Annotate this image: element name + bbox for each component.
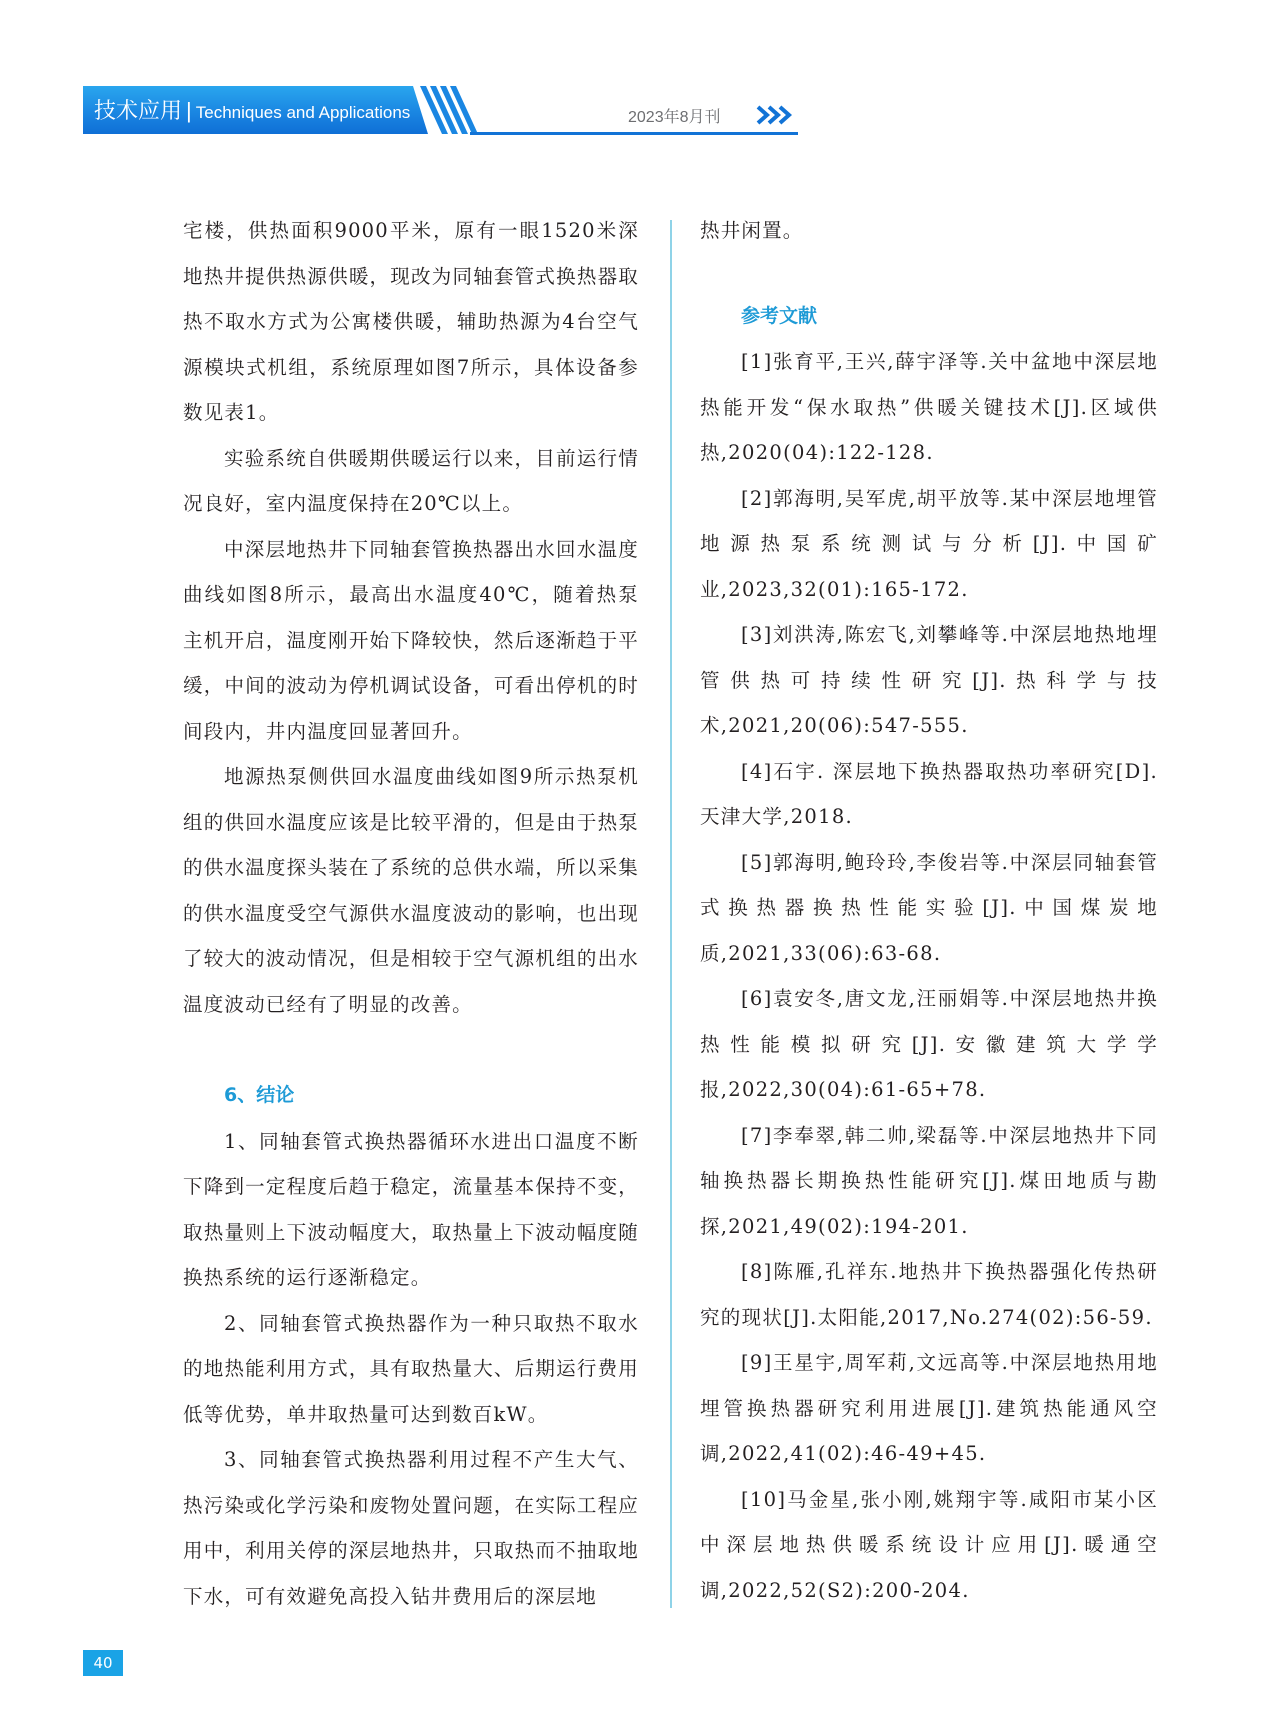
right-column: 热井闲置。 参考文献 [1]张育平,王兴,薛宇泽等.关中盆地中深层地热能开发“保…: [700, 208, 1158, 1613]
reference-item: [4]石宇. 深层地下换热器取热功率研究[D].天津大学,2018.: [700, 749, 1158, 840]
reference-item: [8]陈雁,孔祥东.地热井下换热器强化传热研究的现状[J].太阳能,2017,N…: [700, 1249, 1158, 1340]
conclusion-item: 1、同轴套管式换热器循环水进出口温度不断下降到一定程度后趋于稳定，流量基本保持不…: [183, 1119, 639, 1301]
triple-chevron-right-icon: [756, 104, 796, 126]
reference-item: [10]马金星,张小刚,姚翔宇等.咸阳市某小区中深层地热供暖系统设计应用[J].…: [700, 1477, 1158, 1614]
column-divider: [670, 220, 672, 1608]
section-spacer: [183, 1027, 639, 1073]
section-title: 技术应用|Techniques and Applications: [94, 96, 410, 126]
body-paragraph-continuation: 热井闲置。: [700, 208, 1158, 254]
reference-item: [1]张育平,王兴,薛宇泽等.关中盆地中深层地热能开发“保水取热”供暖关键技术[…: [700, 339, 1158, 476]
reference-item: [3]刘洪涛,陈宏飞,刘攀峰等.中深层地热地埋管供热可持续性研究[J].热科学与…: [700, 612, 1158, 749]
section-spacer: [700, 254, 1158, 294]
section-title-en: Techniques and Applications: [196, 103, 411, 122]
issue-date: 2023年8月刊: [628, 104, 721, 127]
section-title-cn: 技术应用: [94, 99, 182, 124]
body-paragraph: 实验系统自供暖期供暖运行以来，目前运行情况良好，室内温度保持在20℃以上。: [183, 436, 639, 527]
header-rule: [470, 132, 798, 135]
reference-item: [6]袁安冬,唐文龙,汪丽娟等.中深层地热井换热性能模拟研究[J].安徽建筑大学…: [700, 976, 1158, 1113]
conclusion-heading: 6、结论: [183, 1073, 639, 1119]
body-paragraph: 地源热泵侧供回水温度曲线如图9所示热泵机组的供回水温度应该是比较平滑的，但是由于…: [183, 754, 639, 1027]
conclusion-item: 2、同轴套管式换热器作为一种只取热不取水的地热能利用方式，具有取热量大、后期运行…: [183, 1301, 639, 1438]
reference-item: [9]王星宇,周军莉,文远高等.中深层地热用地埋管换热器研究利用进展[J].建筑…: [700, 1340, 1158, 1477]
page-number-badge: 40: [83, 1650, 123, 1676]
reference-item: [7]李奉翠,韩二帅,梁磊等.中深层地热井下同轴换热器长期换热性能研究[J].煤…: [700, 1113, 1158, 1250]
conclusion-item: 3、同轴套管式换热器利用过程不产生大气、热污染或化学污染和废物处置问题，在实际工…: [183, 1437, 639, 1619]
title-separator: |: [186, 98, 192, 123]
page-header: 技术应用|Techniques and Applications 2023年8月…: [0, 0, 1280, 160]
reference-list: [1]张育平,王兴,薛宇泽等.关中盆地中深层地热能开发“保水取热”供暖关键技术[…: [700, 339, 1158, 1613]
diagonal-stripes-icon: [420, 86, 490, 136]
references-heading: 参考文献: [700, 294, 1158, 340]
body-paragraph: 宅楼，供热面积9000平米，原有一眼1520米深地热井提供热源供暖，现改为同轴套…: [183, 208, 639, 436]
left-column: 宅楼，供热面积9000平米，原有一眼1520米深地热井提供热源供暖，现改为同轴套…: [183, 208, 639, 1619]
reference-item: [5]郭海明,鲍玲玲,李俊岩等.中深层同轴套管式换热器换热性能实验[J].中国煤…: [700, 840, 1158, 977]
body-paragraph: 中深层地热井下同轴套管换热器出水回水温度曲线如图8所示，最高出水温度40℃，随着…: [183, 527, 639, 755]
reference-item: [2]郭海明,吴军虎,胡平放等.某中深层地埋管地源热泵系统测试与分析[J].中国…: [700, 476, 1158, 613]
